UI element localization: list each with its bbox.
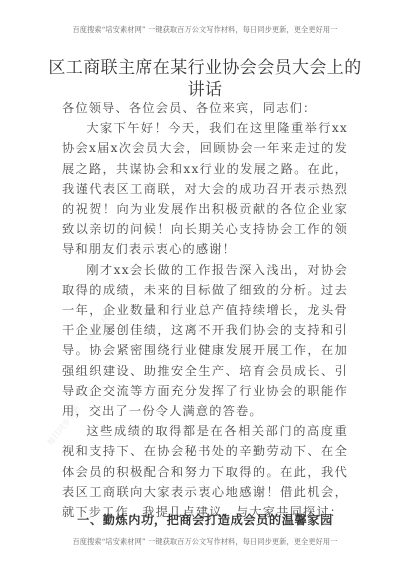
document-body: 各位领导、各位会员、各位来宾，同志们： 大家下午好！今天，我们在这里隆重举行xx… [62,98,348,522]
page-header-banner: 百度搜索“培安素材网” 一键获取百万公文写作材料，每日同步更新，更全更好用一 [0,25,410,35]
paragraph-1: 大家下午好！今天，我们在这里隆重举行xx协会x届x次会员大会，回顾协会一年来走过… [62,118,348,259]
paragraph-2: 刚才xx会长做的工作报告深入浅出，对协会取得的成绩，未来的目标做了细致的分析。过… [62,260,348,422]
paragraph-3: 这些成绩的取得都是在各相关部门的高度重视和支持下、在协会秘书处的辛勤劳动下、在全… [62,421,348,522]
page-footer-banner: 百度搜索“培安素材网” 一键获取百万公文写作材料，每日同步更新，更全更好用一 [0,537,410,547]
document-title: 区工商联主席在某行业协会会员大会上的 讲话 [40,57,370,101]
salutation: 各位领导、各位会员、各位来宾，同志们： [62,98,348,118]
document-title-line-1: 区工商联主席在某行业协会会员大会上的 [40,57,370,79]
section-heading: 一、勤炼内功，把商会打造成会员的温馨家园 [62,510,348,530]
